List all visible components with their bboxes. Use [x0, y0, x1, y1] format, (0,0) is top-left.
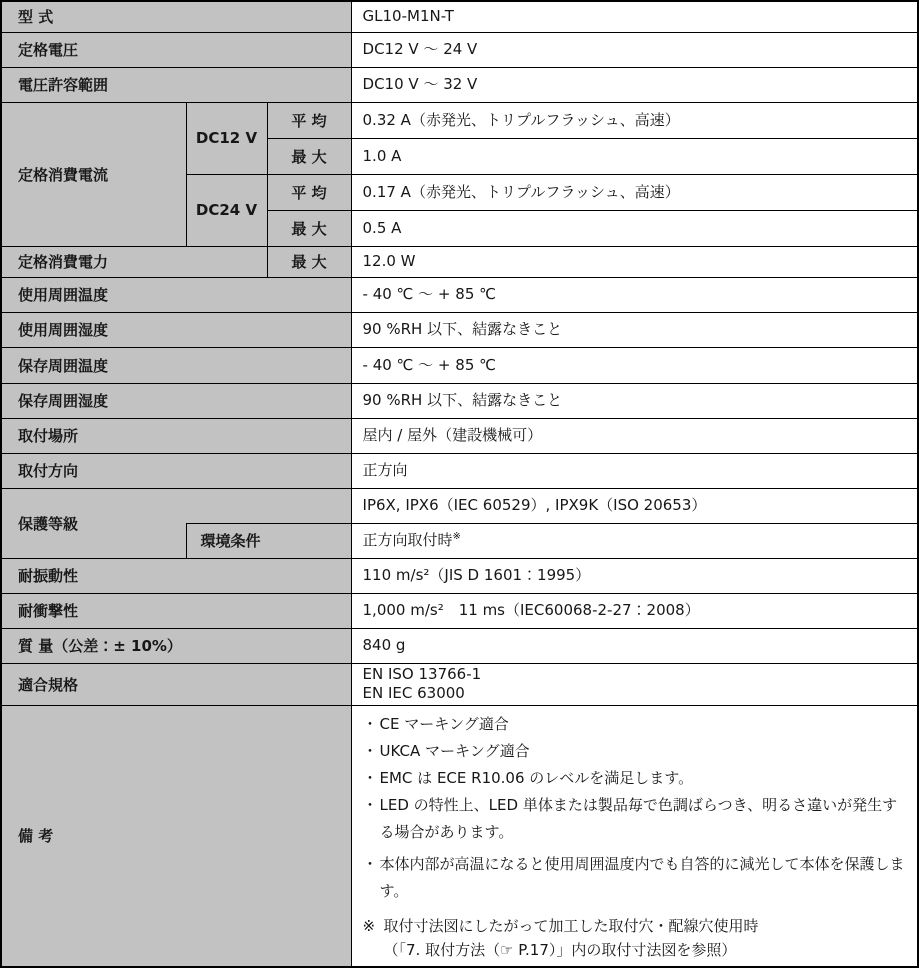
- row-rated-power: 定格消費電力 最 大 12.0 W: [1, 246, 918, 277]
- label-operating-temp: 使用周囲温度: [1, 277, 351, 312]
- spec-table: 型 式 GL10-M1N-T 定格電圧 DC12 V ～ 24 V 電圧許容範囲…: [0, 0, 919, 968]
- row-storage-temp: 保存周囲温度 - 40 ℃ ～ + 85 ℃: [1, 347, 918, 383]
- label-storage-temp: 保存周囲温度: [1, 347, 351, 383]
- label-max-dc12: 最 大: [267, 138, 351, 174]
- label-vibration: 耐振動性: [1, 558, 351, 593]
- label-mass: 質 量（公差：± 10%）: [1, 628, 351, 663]
- note-text: 取付寸法図にしたがって加工した取付穴・配線穴使用時: [384, 917, 759, 935]
- bullet: ・: [363, 851, 380, 878]
- row-current-dc12-avg: 定格消費電流 DC12 V 平 均 0.32 A（赤発光、トリプルフラッシュ、高…: [1, 102, 918, 138]
- value-dc12-avg: 0.32 A（赤発光、トリプルフラッシュ、高速）: [351, 102, 918, 138]
- remark-note-line: ※取付寸法図にしたがって加工した取付穴・配線穴使用時: [384, 914, 909, 938]
- env-condition-text: 正方向取付時: [363, 531, 453, 549]
- label-rated-power: 定格消費電力: [1, 246, 267, 277]
- remark-text: EMC は ECE R10.06 のレベルを満足します。: [380, 769, 694, 787]
- remark-text: UKCA マーキング適合: [380, 742, 530, 760]
- value-operating-temp: - 40 ℃ ～ + 85 ℃: [351, 277, 918, 312]
- bullet: ・: [363, 711, 380, 738]
- row-standards: 適合規格 EN ISO 13766-1 EN IEC 63000: [1, 663, 918, 705]
- label-dc12: DC12 V: [186, 102, 267, 174]
- label-max-power: 最 大: [267, 246, 351, 277]
- value-dc12-max: 1.0 A: [351, 138, 918, 174]
- remark-item: ・本体内部が高温になると使用周囲温度内でも自答的に減光して本体を保護します。: [363, 851, 909, 905]
- row-voltage-range: 電圧許容範囲 DC10 V ～ 32 V: [1, 67, 918, 102]
- label-shock: 耐衝撃性: [1, 593, 351, 628]
- row-mounting-location: 取付場所 屋内 / 屋外（建設機械可）: [1, 418, 918, 453]
- remark-item: ・UKCA マーキング適合: [363, 738, 909, 765]
- remark-item: ・LED の特性上、LED 単体または製品毎で色調ばらつき、明るさ違いが発生する…: [363, 792, 909, 846]
- label-dc24: DC24 V: [186, 174, 267, 246]
- row-operating-temp: 使用周囲温度 - 40 ℃ ～ + 85 ℃: [1, 277, 918, 312]
- value-mass: 840 g: [351, 628, 918, 663]
- value-voltage-range: DC10 V ～ 32 V: [351, 67, 918, 102]
- row-mounting-direction: 取付方向 正方向: [1, 453, 918, 488]
- row-protection: 保護等級 IP6X, IPX6（IEC 60529）, IPX9K（ISO 20…: [1, 488, 918, 523]
- value-mounting-location: 屋内 / 屋外（建設機械可）: [351, 418, 918, 453]
- value-protection: IP6X, IPX6（IEC 60529）, IPX9K（ISO 20653）: [351, 488, 918, 523]
- value-shock: 1,000 m/s² 11 ms（IEC60068-2-27：2008）: [351, 593, 918, 628]
- value-env-condition: 正方向取付時※: [351, 523, 918, 558]
- note-mark: ※: [363, 914, 384, 938]
- value-dc24-avg: 0.17 A（赤発光、トリプルフラッシュ、高速）: [351, 174, 918, 210]
- label-voltage-range: 電圧許容範囲: [1, 67, 351, 102]
- remark-note: ※取付寸法図にしたがって加工した取付穴・配線穴使用時 （「7. 取付方法（☞ P…: [363, 914, 909, 962]
- row-rated-voltage: 定格電圧 DC12 V ～ 24 V: [1, 32, 918, 67]
- label-standards: 適合規格: [1, 663, 351, 705]
- standards-line: EN ISO 13766-1: [363, 665, 909, 684]
- remark-text: 本体内部が高温になると使用周囲温度内でも自答的に減光して本体を保護します。: [380, 855, 905, 900]
- row-vibration: 耐振動性 110 m/s²（JIS D 1601：1995）: [1, 558, 918, 593]
- row-remarks: 備 考 ・CE マーキング適合 ・UKCA マーキング適合 ・EMC は ECE…: [1, 705, 918, 967]
- remark-item: ・CE マーキング適合: [363, 711, 909, 738]
- value-vibration: 110 m/s²（JIS D 1601：1995）: [351, 558, 918, 593]
- value-storage-temp: - 40 ℃ ～ + 85 ℃: [351, 347, 918, 383]
- remark-item: ・EMC は ECE R10.06 のレベルを満足します。: [363, 765, 909, 792]
- label-avg-dc12: 平 均: [267, 102, 351, 138]
- bullet: ・: [363, 765, 380, 792]
- bullet: ・: [363, 792, 380, 819]
- standards-line: EN IEC 63000: [363, 684, 909, 703]
- label-storage-humidity: 保存周囲湿度: [1, 383, 351, 418]
- row-storage-humidity: 保存周囲湿度 90 %RH 以下、結露なきこと: [1, 383, 918, 418]
- value-rated-power: 12.0 W: [351, 246, 918, 277]
- value-remarks: ・CE マーキング適合 ・UKCA マーキング適合 ・EMC は ECE R10…: [351, 705, 918, 967]
- row-shock: 耐衝撃性 1,000 m/s² 11 ms（IEC60068-2-27：2008…: [1, 593, 918, 628]
- label-remarks: 備 考: [1, 705, 351, 967]
- env-condition-note-mark: ※: [453, 531, 461, 542]
- label-mounting-location: 取付場所: [1, 418, 351, 453]
- label-avg-dc24: 平 均: [267, 174, 351, 210]
- bullet: ・: [363, 738, 380, 765]
- value-storage-humidity: 90 %RH 以下、結露なきこと: [351, 383, 918, 418]
- label-rated-current: 定格消費電流: [1, 102, 186, 246]
- label-rated-voltage: 定格電圧: [1, 32, 351, 67]
- value-rated-voltage: DC12 V ～ 24 V: [351, 32, 918, 67]
- value-standards: EN ISO 13766-1 EN IEC 63000: [351, 663, 918, 705]
- note-text: （「7. 取付方法（☞ P.17）」内の取付寸法図を参照）: [384, 941, 737, 959]
- row-operating-humidity: 使用周囲湿度 90 %RH 以下、結露なきこと: [1, 312, 918, 347]
- label-protection: 保護等級: [1, 488, 186, 558]
- protection-filler-cell: [186, 488, 351, 523]
- remark-text: LED の特性上、LED 単体または製品毎で色調ばらつき、明るさ違いが発生する場…: [380, 796, 898, 841]
- label-env-condition: 環境条件: [186, 523, 351, 558]
- label-operating-humidity: 使用周囲湿度: [1, 312, 351, 347]
- label-max-dc24: 最 大: [267, 210, 351, 246]
- row-model: 型 式 GL10-M1N-T: [1, 1, 918, 32]
- value-dc24-max: 0.5 A: [351, 210, 918, 246]
- remark-note-line: （「7. 取付方法（☞ P.17）」内の取付寸法図を参照）: [384, 938, 909, 962]
- label-mounting-direction: 取付方向: [1, 453, 351, 488]
- label-model: 型 式: [1, 1, 351, 32]
- row-mass: 質 量（公差：± 10%） 840 g: [1, 628, 918, 663]
- value-mounting-direction: 正方向: [351, 453, 918, 488]
- value-operating-humidity: 90 %RH 以下、結露なきこと: [351, 312, 918, 347]
- remark-text: CE マーキング適合: [380, 715, 509, 733]
- value-model: GL10-M1N-T: [351, 1, 918, 32]
